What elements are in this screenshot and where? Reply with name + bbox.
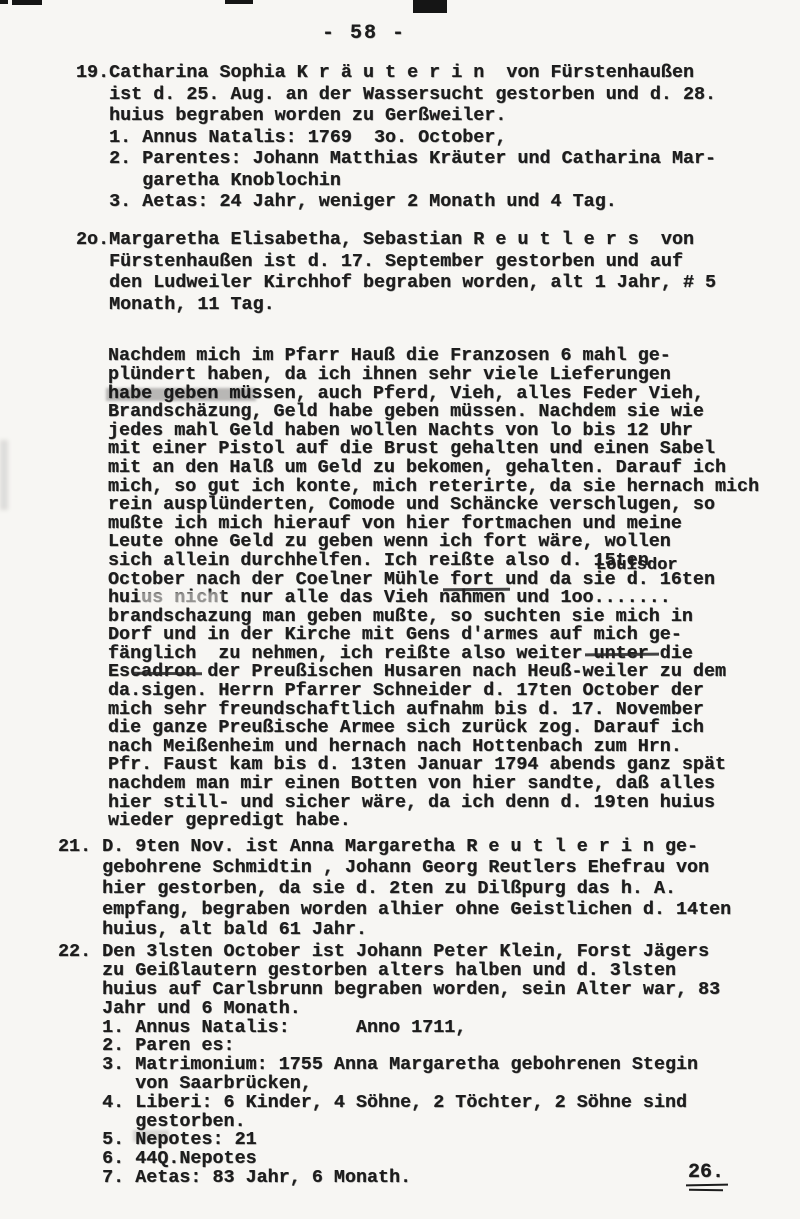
overtype-smudge-nepotes bbox=[133, 1130, 169, 1142]
footer-underline bbox=[686, 1184, 728, 1187]
entry-20-reutlers: 2o.Margaretha Elisabetha, Sebastian R e … bbox=[76, 229, 716, 315]
footer-underline bbox=[689, 1189, 723, 1192]
scan-mark bbox=[0, 0, 8, 4]
scan-smear bbox=[0, 440, 8, 510]
memoir-paragraph: Nachdem mich im Pfarr Hauß die Franzosen… bbox=[108, 347, 759, 830]
entry-21-reutlerin: 21. D. 9ten Nov. ist Anna Margaretha R e… bbox=[58, 837, 731, 941]
page-number-bottom: 26. bbox=[688, 1161, 724, 1184]
overtype-smudge-brandschazung bbox=[106, 388, 256, 401]
louisdor-annotation: Louisdor bbox=[596, 556, 678, 575]
scan-mark bbox=[12, 0, 42, 5]
strikethrough-sigen bbox=[132, 672, 202, 675]
scan-mark bbox=[225, 0, 253, 4]
entry-22-klein: 22. Den 3lsten October ist Johann Peter … bbox=[58, 943, 720, 1187]
page-number-top: - 58 - bbox=[322, 22, 406, 45]
scan-mark bbox=[413, 0, 447, 13]
scanned-page: { "page": { "header_page_number": "- 58 … bbox=[0, 0, 800, 1219]
underline-nahmen bbox=[443, 588, 510, 591]
entry-19-krauterin: 19.Catharina Sophia K r ä u t e r i n vo… bbox=[76, 62, 716, 213]
faded-smudge-brandschazung2 bbox=[140, 592, 222, 606]
